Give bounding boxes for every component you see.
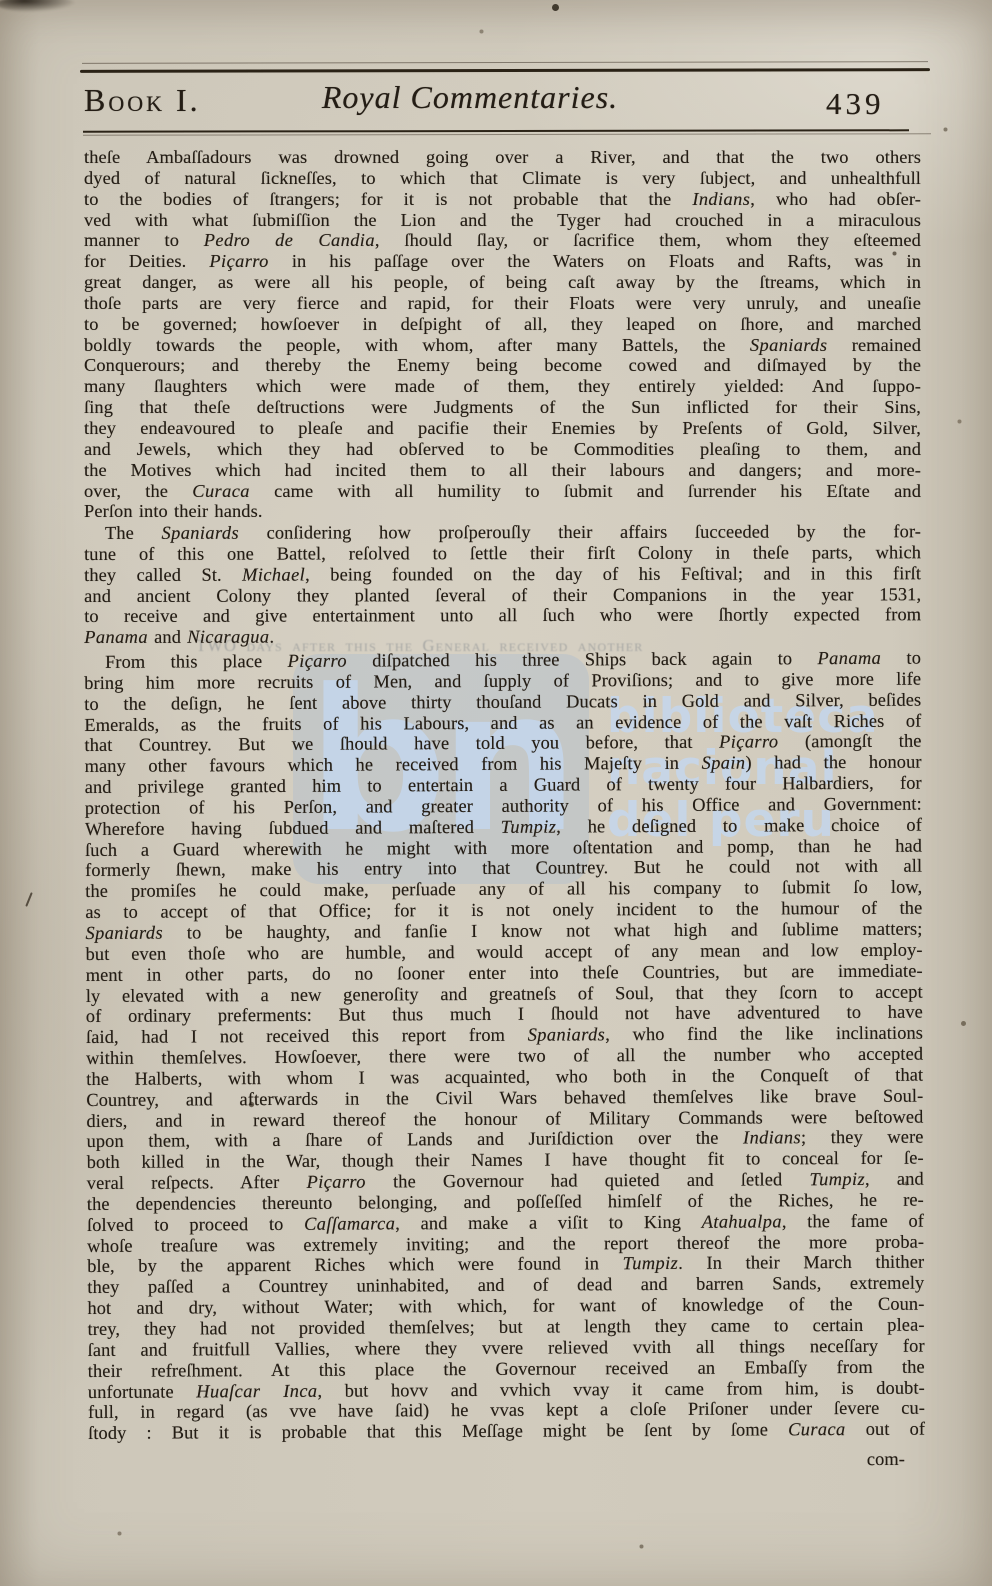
top-rule-thin	[82, 61, 928, 64]
running-title: Royal Commentaries.	[250, 79, 690, 116]
catchword: com-	[84, 1449, 921, 1474]
italic-term: Curaca	[788, 1419, 846, 1439]
text-line: manner to Pedro de Candia, ſhould ſlay, …	[84, 230, 921, 251]
paragraph: The Spaniards conſidering how proſperouſ…	[84, 521, 921, 648]
text-block: theſe Ambaſſadours was drowned going ove…	[84, 147, 921, 1472]
paragraph: From this place Piçarro diſpatched his t…	[84, 648, 925, 1444]
italic-term: Panama	[84, 627, 148, 647]
header-rule	[83, 129, 909, 132]
text-line: to the bodies of ſtrangers; for it is no…	[84, 189, 921, 210]
text-line: they called St. Michael, being founded o…	[84, 563, 921, 586]
text-line: ſing that theſe deſtructions were Judgme…	[84, 397, 921, 418]
italic-term: Indians	[692, 189, 750, 209]
text-line: for Deities. Piçarro in his paſſage over…	[84, 251, 921, 272]
text-line: Perſon into their hands.	[84, 501, 921, 522]
text-line: to be governed; howſoever in deſpight of…	[84, 314, 921, 335]
top-rule-thick	[80, 68, 930, 73]
italic-term: Curaca	[192, 481, 250, 501]
text-line: to receive and give entertainment unto a…	[84, 605, 921, 628]
italic-term: Spaniards	[85, 923, 163, 943]
text-line: they endeavoured to pleaſe and pacifie t…	[84, 418, 921, 439]
book-page-scan: Book I. Royal Commentaries. 439 TWO days…	[0, 0, 992, 1586]
text-line: ſtody : But it is probable that this Meſ…	[88, 1419, 925, 1444]
text-line: the Motives which had incited them to al…	[84, 460, 921, 481]
text-line: boldly towards the people, with whom, af…	[84, 335, 921, 356]
text-line: dyed of natural ſickneſſes, to which tha…	[84, 168, 921, 189]
header-rule-extension	[83, 133, 931, 135]
text-line: tune of this one Battel, reſolved to ſet…	[84, 542, 921, 565]
italic-term: Tumpiz	[623, 1254, 679, 1274]
text-line: Conquerours; and thereby the Enemy being…	[84, 355, 921, 376]
italic-term: Piçarro	[209, 251, 268, 271]
italic-term: Huaſcar Inca	[196, 1381, 317, 1402]
text-line: and ancient Colony they planted ſeveral …	[84, 584, 921, 607]
italic-term: Pedro de Candia	[204, 230, 375, 250]
margin-mark	[25, 892, 32, 907]
italic-term: Piçarro	[306, 1172, 365, 1192]
text-line: many ſlaughters which were made of them,…	[84, 376, 921, 397]
italic-term: Spaniards	[528, 1025, 606, 1045]
book-label: Book I.	[84, 82, 201, 119]
italic-term: Panama	[817, 648, 881, 668]
italic-term: Piçarro	[719, 732, 778, 752]
text-line: The Spaniards conſidering how proſperouſ…	[84, 521, 921, 544]
italic-term: Spaniards	[161, 523, 239, 543]
text-line: theſe Ambaſſadours was drowned going ove…	[84, 147, 921, 168]
page-number: 439	[826, 86, 885, 122]
text-line: Panama and Nicaragua.	[84, 626, 921, 649]
text-line: great danger, as were all his people, of…	[84, 272, 921, 293]
corner-smudge	[0, 0, 76, 12]
text-line: and Jewels, which they had obſerved to b…	[84, 439, 921, 460]
italic-term: Spaniards	[750, 335, 828, 355]
italic-term: Caſſamarca	[304, 1213, 395, 1233]
text-line: thoſe parts are very fierce and rapid, f…	[84, 293, 921, 314]
paragraph: theſe Ambaſſadours was drowned going ove…	[84, 147, 921, 522]
italic-term: Spain	[702, 753, 746, 773]
italic-term: Atahualpa	[702, 1211, 782, 1231]
italic-term: Nicaragua	[187, 627, 269, 647]
italic-term: Tumpiz	[501, 817, 557, 837]
italic-term: Indians	[743, 1128, 801, 1148]
italic-term: Michael	[242, 564, 305, 584]
text-line: ved with what ſubmiſſion the Lion and th…	[84, 210, 921, 231]
italic-term: Piçarro	[288, 651, 347, 671]
text-line: over, the Curaca came with all humility …	[84, 481, 921, 502]
italic-term: Tumpiz	[809, 1169, 865, 1189]
